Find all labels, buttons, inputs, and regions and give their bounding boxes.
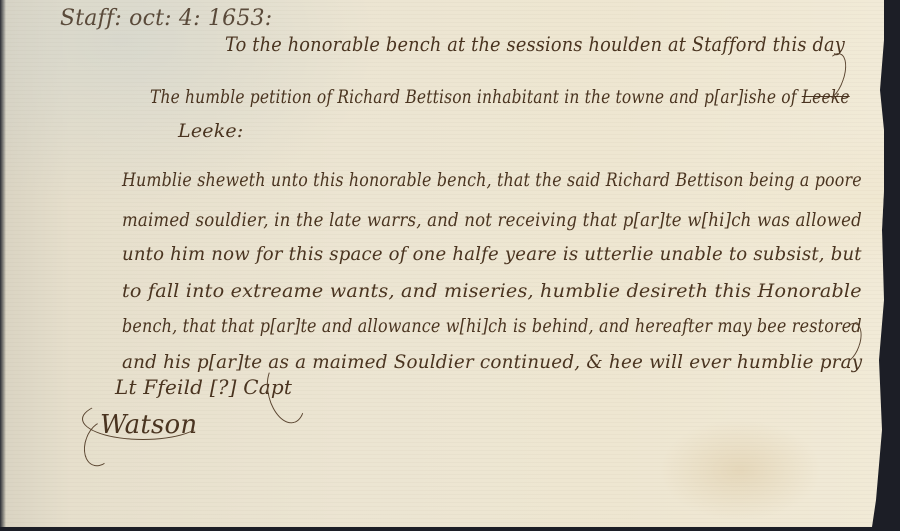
body-line: unto him now for this space of one halfe… xyxy=(122,244,862,265)
signature-rank: Lt Ffeild [?] Capt xyxy=(115,375,292,399)
body-line: to fall into extreame wants, and miserie… xyxy=(122,281,862,302)
manuscript-page: Staff: oct: 4: 1653: To the honorable be… xyxy=(0,0,884,527)
petition-title: The humble petition of Richard Bettison … xyxy=(150,86,850,108)
petition-title-continuation: Leeke: xyxy=(178,120,243,142)
address-line: To the honorable bench at the sessions h… xyxy=(225,32,845,56)
body-line: bench, that that p[ar]te and allowance w… xyxy=(122,316,862,337)
body-line: and his p[ar]te as a maimed Souldier con… xyxy=(122,352,862,373)
body-line: Humblie sheweth unto this honorable benc… xyxy=(122,170,862,191)
petition-title-text: The humble petition of Richard Bettison … xyxy=(150,86,797,108)
date-heading: Staff: oct: 4: 1653: xyxy=(60,6,272,31)
body-line: maimed souldier, in the late warrs, and … xyxy=(122,210,862,231)
page-shadow-edge xyxy=(0,0,6,531)
